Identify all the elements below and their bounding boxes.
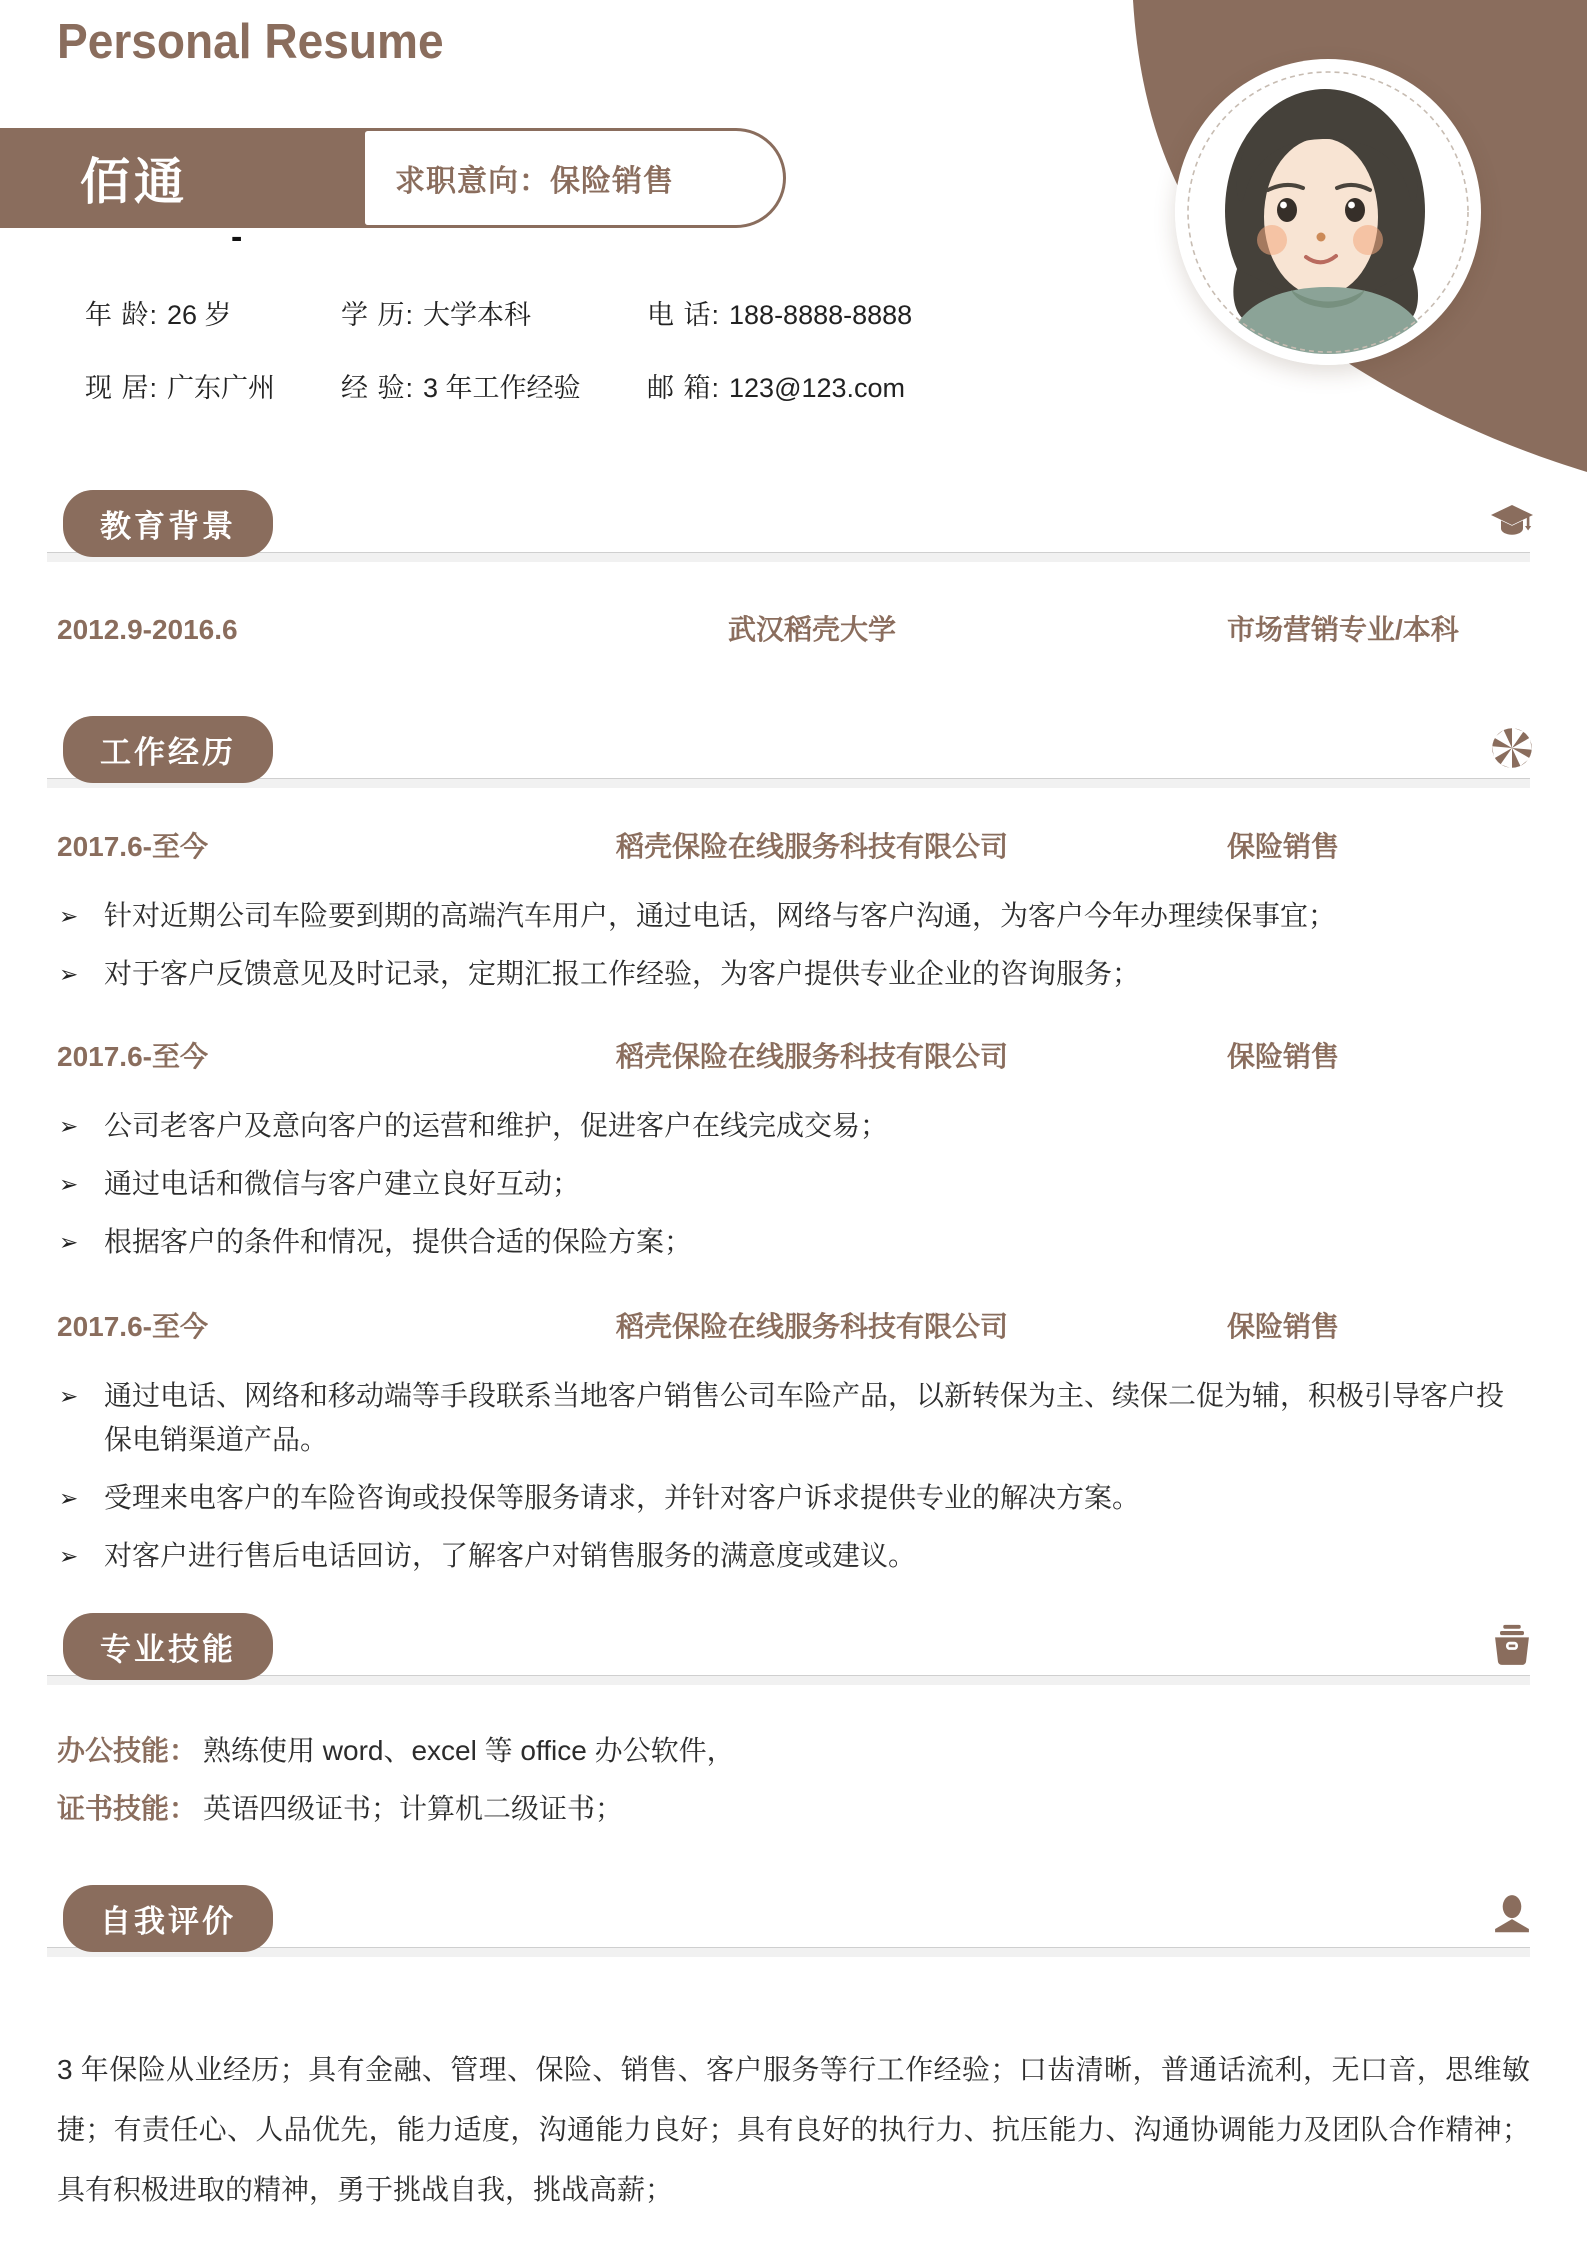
section-skills-header: 专业技能 bbox=[57, 1613, 1530, 1695]
profile-field-age: 年 龄:26 岁 bbox=[85, 293, 341, 332]
section-evaluation-header: 自我评价 bbox=[57, 1885, 1530, 1967]
job-entry: 2017.6-至今 稻壳保险在线服务科技有限公司 保险销售 ➢通过电话、网络和移… bbox=[57, 1310, 1530, 1592]
self-evaluation-text: 3 年保险从业经历；具有金融、管理、保险、销售、客户服务等行工作经验；口齿清晰，… bbox=[57, 2040, 1530, 2220]
job-period: 2017.6-至今 bbox=[57, 1040, 427, 1074]
job-position: 保险销售 bbox=[1197, 830, 1530, 864]
skill-label: 证书技能： bbox=[57, 1793, 197, 1824]
graduation-cap-icon bbox=[1488, 498, 1536, 546]
job-bullets: ➢公司老客户及意向客户的运营和维护，促进客户在线完成交易； ➢通过电话和微信与客… bbox=[57, 1104, 1530, 1264]
education-school: 武汉稻壳大学 bbox=[427, 612, 1197, 648]
candidate-name: 佰通 bbox=[80, 142, 188, 214]
job-bullet: ➢对客户进行售后电话回访，了解客户对销售服务的满意度或建议。 bbox=[57, 1534, 1530, 1578]
job-period: 2017.6-至今 bbox=[57, 830, 427, 864]
avatar bbox=[1175, 59, 1481, 365]
job-position: 保险销售 bbox=[1197, 1310, 1530, 1344]
education-period: 2012.9-2016.6 bbox=[57, 612, 427, 648]
job-period: 2017.6-至今 bbox=[57, 1310, 427, 1344]
job-bullet: ➢对于客户反馈意见及时记录，定期汇报工作经验，为客户提供专业企业的咨询服务； bbox=[57, 952, 1530, 996]
job-header: 2017.6-至今 稻壳保险在线服务科技有限公司 保险销售 bbox=[57, 1310, 1530, 1344]
job-bullets: ➢针对近期公司车险要到期的高端汽车用户，通过电话，网络与客户沟通，为客户今年办理… bbox=[57, 894, 1530, 996]
avatar-illustration bbox=[1175, 59, 1481, 365]
job-company: 稻壳保险在线服务科技有限公司 bbox=[427, 1040, 1197, 1074]
job-header: 2017.6-至今 稻壳保险在线服务科技有限公司 保险销售 bbox=[57, 1040, 1530, 1074]
section-divider bbox=[47, 552, 1530, 562]
arrow-bullet-icon: ➢ bbox=[59, 1476, 78, 1520]
arrow-bullet-icon: ➢ bbox=[59, 894, 78, 938]
section-experience-header: 工作经历 bbox=[57, 716, 1530, 798]
skill-item: 办公技能：熟练使用 word、excel 等 office 办公软件， bbox=[57, 1734, 1530, 1768]
section-divider bbox=[47, 1947, 1530, 1957]
arrow-bullet-icon: ➢ bbox=[59, 1220, 78, 1264]
arrow-bullet-icon: ➢ bbox=[59, 1374, 78, 1418]
job-bullet: ➢根据客户的条件和情况，提供合适的保险方案； bbox=[57, 1220, 1530, 1264]
section-badge-evaluation: 自我评价 bbox=[63, 1885, 273, 1952]
job-objective-pill: 求职意向：保险销售 bbox=[362, 128, 786, 228]
section-divider bbox=[47, 1675, 1530, 1685]
resume-page: Personal Resume 佰通 求职意向：保险销售 - 年 龄:26 岁 … bbox=[0, 0, 1587, 2245]
job-bullet: ➢针对近期公司车险要到期的高端汽车用户，通过电话，网络与客户沟通，为客户今年办理… bbox=[57, 894, 1530, 938]
profile-field-degree: 学 历:大学本科 bbox=[341, 293, 647, 332]
section-badge-skills: 专业技能 bbox=[63, 1613, 273, 1680]
section-divider bbox=[47, 778, 1530, 788]
skills-list: 办公技能：熟练使用 word、excel 等 office 办公软件， 证书技能… bbox=[57, 1734, 1530, 1850]
arrow-bullet-icon: ➢ bbox=[59, 952, 78, 996]
job-company: 稻壳保险在线服务科技有限公司 bbox=[427, 830, 1197, 864]
job-company: 稻壳保险在线服务科技有限公司 bbox=[427, 1310, 1197, 1344]
profile-field-email: 邮 箱:123@123.com bbox=[647, 366, 912, 405]
job-bullet: ➢公司老客户及意向客户的运营和维护，促进客户在线完成交易； bbox=[57, 1104, 1530, 1148]
arrow-bullet-icon: ➢ bbox=[59, 1162, 78, 1206]
section-education-header: 教育背景 bbox=[57, 490, 1530, 572]
job-position: 保险销售 bbox=[1197, 1040, 1530, 1074]
stray-dash: - bbox=[231, 218, 242, 257]
profile-field-phone: 电 话:188-8888-8888 bbox=[647, 293, 912, 332]
job-bullet: ➢通过电话、网络和移动端等手段联系当地客户销售公司车险产品，以新转保为主、续保二… bbox=[57, 1374, 1530, 1462]
education-major: 市场营销专业/本科 bbox=[1197, 612, 1530, 648]
arrow-bullet-icon: ➢ bbox=[59, 1534, 78, 1578]
job-objective-text: 求职意向：保险销售 bbox=[395, 156, 674, 200]
education-entry: 2012.9-2016.6 武汉稻壳大学 市场营销专业/本科 bbox=[57, 612, 1530, 648]
aperture-icon bbox=[1488, 724, 1536, 772]
skill-label: 办公技能： bbox=[57, 1735, 197, 1766]
job-entry: 2017.6-至今 稻壳保险在线服务科技有限公司 保险销售 ➢公司老客户及意向客… bbox=[57, 1040, 1530, 1278]
job-header: 2017.6-至今 稻壳保险在线服务科技有限公司 保险销售 bbox=[57, 830, 1530, 864]
person-icon bbox=[1488, 1893, 1536, 1941]
arrow-bullet-icon: ➢ bbox=[59, 1104, 78, 1148]
profile-field-experience: 经 验:3 年工作经验 bbox=[341, 366, 647, 405]
job-entry: 2017.6-至今 稻壳保险在线服务科技有限公司 保险销售 ➢针对近期公司车险要… bbox=[57, 830, 1530, 1010]
skill-item: 证书技能：英语四级证书；计算机二级证书； bbox=[57, 1792, 1530, 1826]
job-bullet: ➢通过电话和微信与客户建立良好互动； bbox=[57, 1162, 1530, 1206]
profile-info: 年 龄:26 岁 学 历:大学本科 电 话:188-8888-8888 现 居:… bbox=[85, 293, 912, 405]
section-badge-education: 教育背景 bbox=[63, 490, 273, 557]
section-badge-experience: 工作经历 bbox=[63, 716, 273, 783]
job-bullet: ➢受理来电客户的车险咨询或投保等服务请求，并针对客户诉求提供专业的解决方案。 bbox=[57, 1476, 1530, 1520]
archive-box-icon bbox=[1488, 1621, 1536, 1669]
profile-field-location: 现 居:广东广州 bbox=[85, 366, 341, 405]
name-banner: 佰通 bbox=[0, 128, 368, 228]
job-bullets: ➢通过电话、网络和移动端等手段联系当地客户销售公司车险产品，以新转保为主、续保二… bbox=[57, 1374, 1530, 1578]
page-title: Personal Resume bbox=[57, 14, 444, 70]
